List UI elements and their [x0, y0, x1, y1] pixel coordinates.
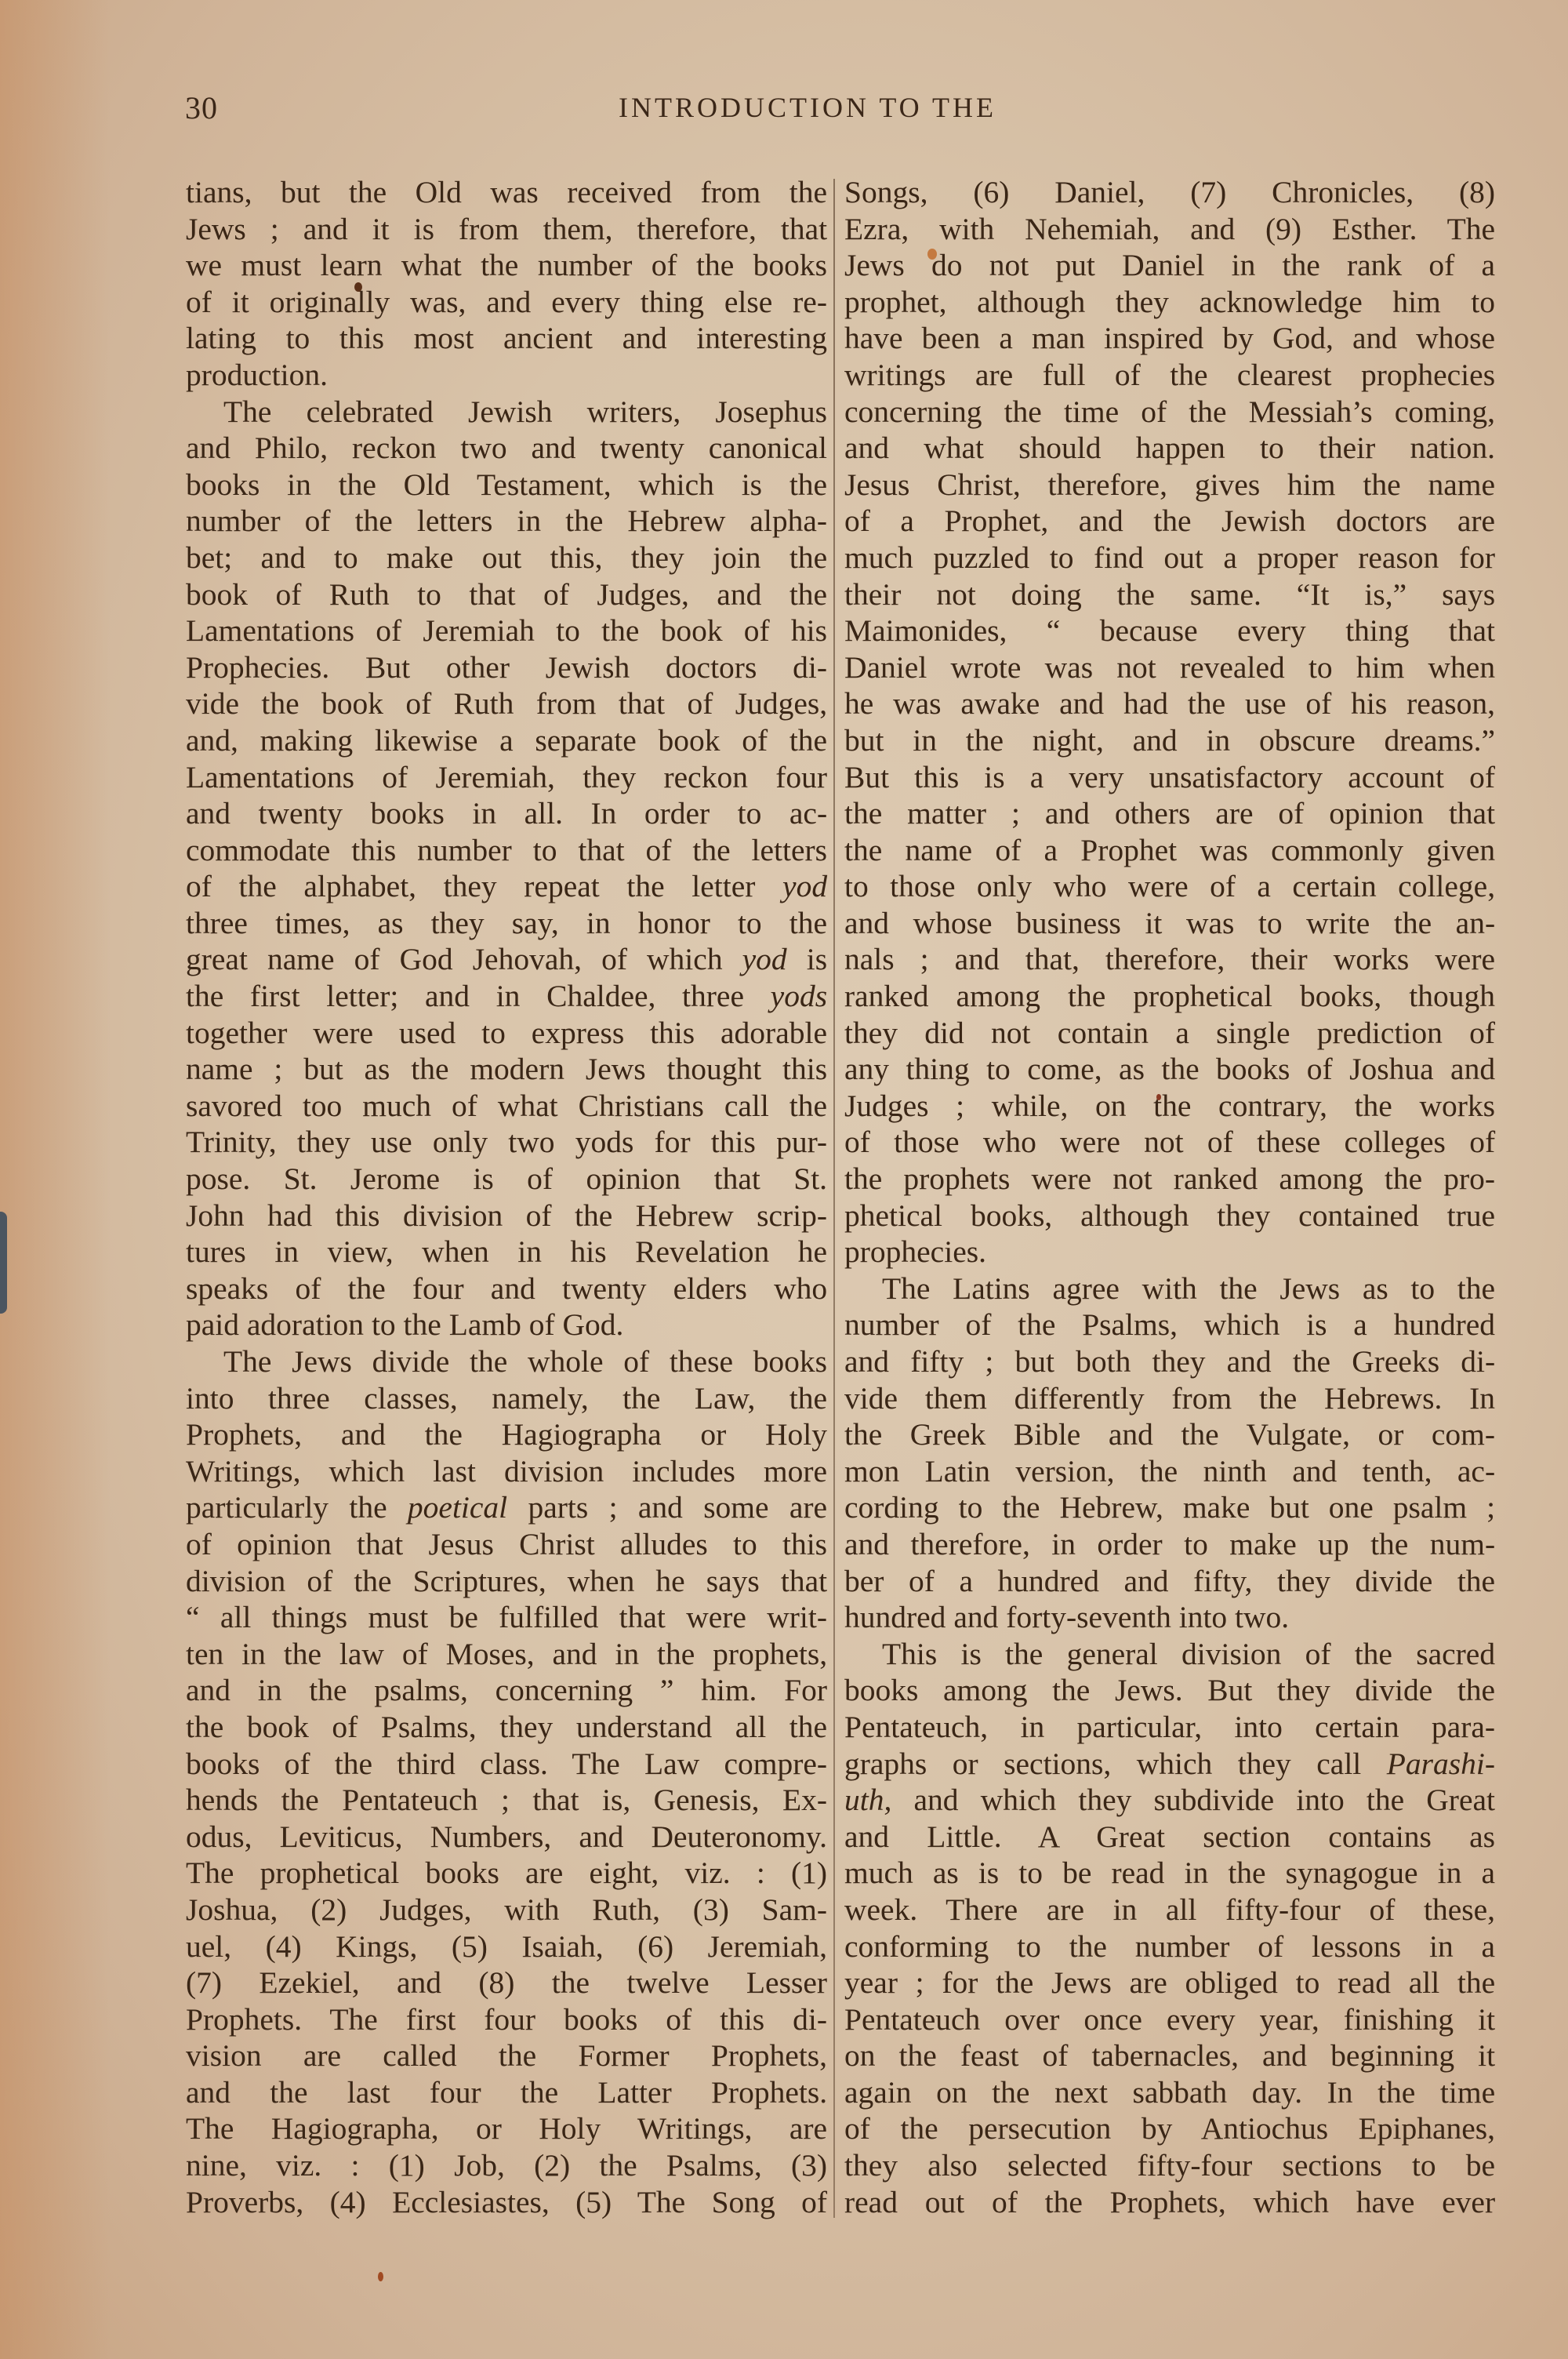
text-line: writings are full of the clearest prophe… — [844, 357, 1495, 394]
text-line: division of the Scriptures, when he says… — [186, 1563, 827, 1600]
text-line: to those only who were of a certain coll… — [844, 868, 1495, 905]
text-line: ten in the law of Moses, and in the prop… — [186, 1636, 827, 1673]
text-line: much puzzled to find out a proper reason… — [844, 540, 1495, 576]
text-line: and fifty ; but both they and the Greeks… — [844, 1343, 1495, 1380]
text-line: tures in view, when in his Revelation he — [186, 1234, 827, 1270]
text-line: odus, Leviticus, Numbers, and Deuteronom… — [186, 1819, 827, 1856]
text-line: the name of a Prophet was commonly given — [844, 832, 1495, 869]
text-line: Ezra, with Nehemiah, and (9) Esther. The — [844, 211, 1495, 248]
text-line: of the alphabet, they repeat the letter … — [186, 868, 827, 905]
text-line: The Hagiographa, or Holy Writings, are — [186, 2110, 827, 2147]
text-line: Daniel wrote was not revealed to him whe… — [844, 649, 1495, 686]
text-line: prophet, although they acknowledge him t… — [844, 284, 1495, 321]
text-line: of it originally was, and every thing el… — [186, 284, 827, 321]
text-line: But this is a very unsatisfactory accoun… — [844, 759, 1495, 796]
text-line: year ; for the Jews are obliged to read … — [844, 1965, 1495, 2001]
text-line: hundred and forty-seventh into two. — [844, 1599, 1495, 1636]
text-line: tians, but the Old was received from the — [186, 174, 827, 211]
text-line: and therefore, in order to make up the n… — [844, 1526, 1495, 1563]
text-line: vision are called the Former Prophets, — [186, 2037, 827, 2074]
foxing-spot — [927, 249, 937, 260]
text-line: they also selected fifty-four sections t… — [844, 2147, 1495, 2184]
text-line: “ all things must be fulfilled that were… — [186, 1599, 827, 1636]
text-line: The Jews divide the whole of these books — [186, 1343, 827, 1380]
text-line: Trinity, they use only two yods for this… — [186, 1124, 827, 1161]
text-line: read out of the Prophets, which have eve… — [844, 2184, 1495, 2221]
text-line: of opinion that Jesus Christ alludes to … — [186, 1526, 827, 1563]
text-line: three times, as they say, in honor to th… — [186, 905, 827, 942]
text-line: bet; and to make out this, they join the — [186, 540, 827, 576]
text-line: into three classes, namely, the Law, the — [186, 1380, 827, 1417]
foxing-spot — [1156, 1094, 1161, 1100]
text-line: any thing to come, as the books of Joshu… — [844, 1051, 1495, 1088]
text-line: vide the book of Ruth from that of Judge… — [186, 685, 827, 722]
text-line: Proverbs, (4) Ecclesiastes, (5) The Song… — [186, 2184, 827, 2221]
text-line: lating to this most ancient and interest… — [186, 320, 827, 357]
text-line: Jesus Christ, therefore, gives him the n… — [844, 467, 1495, 503]
text-line: Maimonides, “ because every thing that — [844, 612, 1495, 649]
text-line: pose. St. Jerome is of opinion that St. — [186, 1161, 827, 1198]
text-line: mon Latin version, the ninth and tenth, … — [844, 1453, 1495, 1490]
text-line: Joshua, (2) Judges, with Ruth, (3) Sam- — [186, 1892, 827, 1928]
text-line: books in the Old Testament, which is the — [186, 467, 827, 503]
text-line: savored too much of what Christians call… — [186, 1088, 827, 1125]
text-line: Prophecies. But other Jewish doctors di- — [186, 649, 827, 686]
text-line: Songs, (6) Daniel, (7) Chronicles, (8) — [844, 174, 1495, 211]
ink-spot — [354, 282, 362, 292]
text-line: and in the psalms, concerning ” him. For — [186, 1672, 827, 1709]
text-line: phetical books, although they contained … — [844, 1198, 1495, 1234]
text-line: vide them differently from the Hebrews. … — [844, 1380, 1495, 1417]
text-line: Lamentations of Jeremiah to the book of … — [186, 612, 827, 649]
text-line: nals ; and that, therefore, their works … — [844, 941, 1495, 978]
text-line: uth, and which they subdivide into the G… — [844, 1782, 1495, 1819]
text-line: Prophets, and the Hagiographa or Holy — [186, 1416, 827, 1453]
running-head-title: INTRODUCTION TO THE — [0, 91, 1568, 124]
foxing-spot — [378, 2272, 383, 2281]
text-line: concerning the time of the Messiah’s com… — [844, 394, 1495, 431]
text-line: again on the next sabbath day. In the ti… — [844, 2074, 1495, 2111]
text-line: books of the third class. The Law compre… — [186, 1746, 827, 1783]
text-line: the prophets were not ranked among the p… — [844, 1161, 1495, 1198]
text-line: Jews ; and it is from them, therefore, t… — [186, 211, 827, 248]
text-line: Judges ; while, on the contrary, the wor… — [844, 1088, 1495, 1125]
text-line: the Greek Bible and the Vulgate, or com- — [844, 1416, 1495, 1453]
text-line: and whose business it was to write the a… — [844, 905, 1495, 942]
text-line: the matter ; and others are of opinion t… — [844, 795, 1495, 832]
text-line: book of Ruth to that of Judges, and the — [186, 576, 827, 613]
text-line: but in the night, and in obscure dreams.… — [844, 722, 1495, 759]
text-line: nine, viz. : (1) Job, (2) the Psalms, (3… — [186, 2147, 827, 2184]
text-line: commodate this number to that of the let… — [186, 832, 827, 869]
text-line: have been a man inspired by God, and who… — [844, 320, 1495, 357]
text-line: they did not contain a single prediction… — [844, 1015, 1495, 1052]
text-line: cording to the Hebrew, make but one psal… — [844, 1489, 1495, 1526]
text-line: The celebrated Jewish writers, Josephus — [186, 394, 827, 431]
text-line: (7) Ezekiel, and (8) the twelve Lesser — [186, 1965, 827, 2001]
text-line: we must learn what the number of the boo… — [186, 247, 827, 284]
column-divider — [833, 179, 835, 2218]
text-line: paid adoration to the Lamb of God. — [186, 1307, 827, 1343]
text-line: Lamentations of Jeremiah, they reckon fo… — [186, 759, 827, 796]
text-line: production. — [186, 357, 827, 394]
text-line: particularly the poetical parts ; and so… — [186, 1489, 827, 1526]
text-line: and, making likewise a separate book of … — [186, 722, 827, 759]
text-line: Prophets. The first four books of this d… — [186, 2001, 827, 2038]
running-head: 30 INTRODUCTION TO THE — [0, 85, 1568, 132]
text-line: and the last four the Latter Prophets. — [186, 2074, 827, 2111]
page-edge-shadow — [0, 0, 110, 2359]
text-line: and Little. A Great section contains as — [844, 1819, 1495, 1856]
text-line: of the persecution by Antiochus Epiphane… — [844, 2110, 1495, 2147]
text-line: he was awake and had the use of his reas… — [844, 685, 1495, 722]
text-line: speaks of the four and twenty elders who — [186, 1270, 827, 1307]
text-line: and twenty books in all. In order to ac- — [186, 795, 827, 832]
text-line: great name of God Jehovah, of which yod … — [186, 941, 827, 978]
text-line: much as is to be read in the synagogue i… — [844, 1855, 1495, 1892]
text-line: graphs or sections, which they call Para… — [844, 1746, 1495, 1783]
text-line: of a Prophet, and the Jewish doctors are — [844, 503, 1495, 540]
text-line: and Philo, reckon two and twenty canonic… — [186, 430, 827, 467]
text-line: Pentateuch over once every year, finishi… — [844, 2001, 1495, 2038]
text-line: together were used to express this adora… — [186, 1015, 827, 1052]
left-column: tians, but the Old was received from the… — [186, 174, 827, 2220]
text-line: on the feast of tabernacles, and beginni… — [844, 2037, 1495, 2074]
text-line: Jews do not put Daniel in the rank of a — [844, 247, 1495, 284]
text-line: books among the Jews. But they divide th… — [844, 1672, 1495, 1709]
text-line: John had this division of the Hebrew scr… — [186, 1198, 827, 1234]
text-line: uel, (4) Kings, (5) Isaiah, (6) Jeremiah… — [186, 1928, 827, 1965]
text-line: of those who were not of these colleges … — [844, 1124, 1495, 1161]
text-line: number of the Psalms, which is a hundred — [844, 1307, 1495, 1343]
text-line: their not doing the same. “It is,” says — [844, 576, 1495, 613]
text-line: The prophetical books are eight, viz. : … — [186, 1855, 827, 1892]
text-line: This is the general division of the sacr… — [844, 1636, 1495, 1673]
right-column: Songs, (6) Daniel, (7) Chronicles, (8)Ez… — [844, 174, 1495, 2220]
text-line: and what should happen to their nation. — [844, 430, 1495, 467]
text-line: Pentateuch, in particular, into certain … — [844, 1709, 1495, 1746]
text-line: prophecies. — [844, 1234, 1495, 1270]
text-line: name ; but as the modern Jews thought th… — [186, 1051, 827, 1088]
text-line: The Latins agree with the Jews as to the — [844, 1270, 1495, 1307]
text-line: week. There are in all fifty-four of the… — [844, 1892, 1495, 1928]
text-line: the book of Psalms, they understand all … — [186, 1709, 827, 1746]
text-line: Writings, which last division includes m… — [186, 1453, 827, 1490]
text-line: the first letter; and in Chaldee, three … — [186, 978, 827, 1015]
page-tab-mark — [0, 1212, 7, 1314]
text-line: ranked among the prophetical books, thou… — [844, 978, 1495, 1015]
text-line: ber of a hundred and fifty, they divide … — [844, 1563, 1495, 1600]
text-line: hends the Pentateuch ; that is, Genesis,… — [186, 1782, 827, 1819]
text-line: number of the letters in the Hebrew alph… — [186, 503, 827, 540]
text-line: conforming to the number of lessons in a — [844, 1928, 1495, 1965]
